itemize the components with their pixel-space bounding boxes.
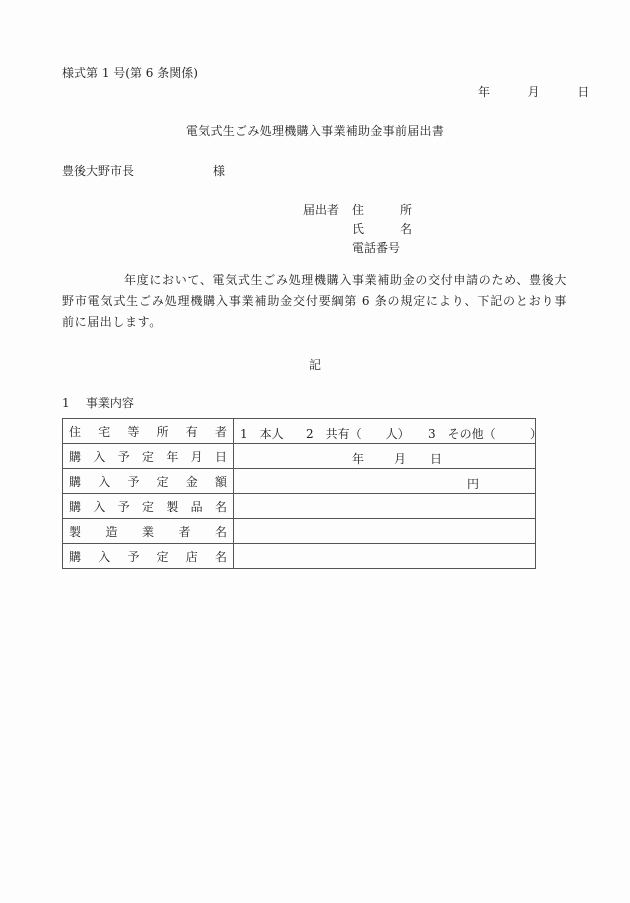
table-row: 購入予定製品名 [63, 494, 536, 519]
yen-unit: 円 [467, 475, 479, 492]
applicant-name-label: 氏名 [352, 223, 412, 235]
body-text: 年度において、電気式生ごみ処理機購入事業補助金の交付申請のため、豊後大野市電気式… [62, 270, 567, 333]
section-heading: 1 事業内容 [62, 397, 134, 409]
row-label-store-name: 購入予定店名 [63, 544, 234, 569]
applicant-address-label: 住所 [352, 204, 412, 216]
row-label-manufacturer: 製造業者名 [63, 519, 234, 544]
ki-heading: 記 [0, 359, 630, 371]
section-title: 事業内容 [86, 396, 134, 410]
owner-option-self[interactable]: 1 本人 [240, 425, 284, 442]
addressee: 豊後大野市長 様 [62, 165, 134, 177]
applicant-label: 届出者 [303, 204, 339, 216]
table-row: 購入予定年月日 年 月 日 [63, 444, 536, 469]
date-month: 月 [528, 86, 540, 98]
owner-option-other-close: ） [530, 425, 542, 442]
table-row: 製造業者名 [63, 519, 536, 544]
applicant-phone-label: 電話番号 [352, 242, 400, 254]
row-label-product-name: 購入予定製品名 [63, 494, 234, 519]
submission-date: 年 月 日 [478, 86, 589, 98]
date-year: 年 [478, 86, 490, 98]
owner-option-other[interactable]: 3 その他（ [428, 425, 496, 442]
product-name-field[interactable] [234, 494, 536, 519]
owner-options[interactable]: 1 本人 2 共有（ 人） 3 その他（ ） [234, 419, 536, 444]
store-name-field[interactable] [234, 544, 536, 569]
addressee-name: 豊後大野市長 [62, 164, 134, 178]
project-details-table: 住宅等所有者 1 本人 2 共有（ 人） 3 その他（ ） 購入予定年月日 年 … [62, 418, 536, 569]
table-row: 購入予定店名 [63, 544, 536, 569]
section-number: 1 [62, 397, 82, 409]
table-row: 購入予定金額 円 [63, 469, 536, 494]
table-row: 住宅等所有者 1 本人 2 共有（ 人） 3 その他（ ） [63, 419, 536, 444]
date-day: 日 [577, 86, 589, 98]
owner-option-shared[interactable]: 2 共有（ 人） [306, 425, 410, 442]
manufacturer-field[interactable] [234, 519, 536, 544]
label-text: 住宅等所有者 [69, 423, 227, 440]
row-label-purchase-amount: 購入予定金額 [63, 469, 234, 494]
purchase-date-field[interactable]: 年 月 日 [234, 444, 536, 469]
purchase-amount-field[interactable]: 円 [234, 469, 536, 494]
document-title: 電気式生ごみ処理機購入事業補助金事前届出書 [0, 125, 630, 137]
form-number: 様式第 1 号(第 6 条関係) [62, 67, 198, 79]
addressee-honorific: 様 [213, 165, 225, 177]
row-label-purchase-date: 購入予定年月日 [63, 444, 234, 469]
row-label-owner: 住宅等所有者 [63, 419, 234, 444]
